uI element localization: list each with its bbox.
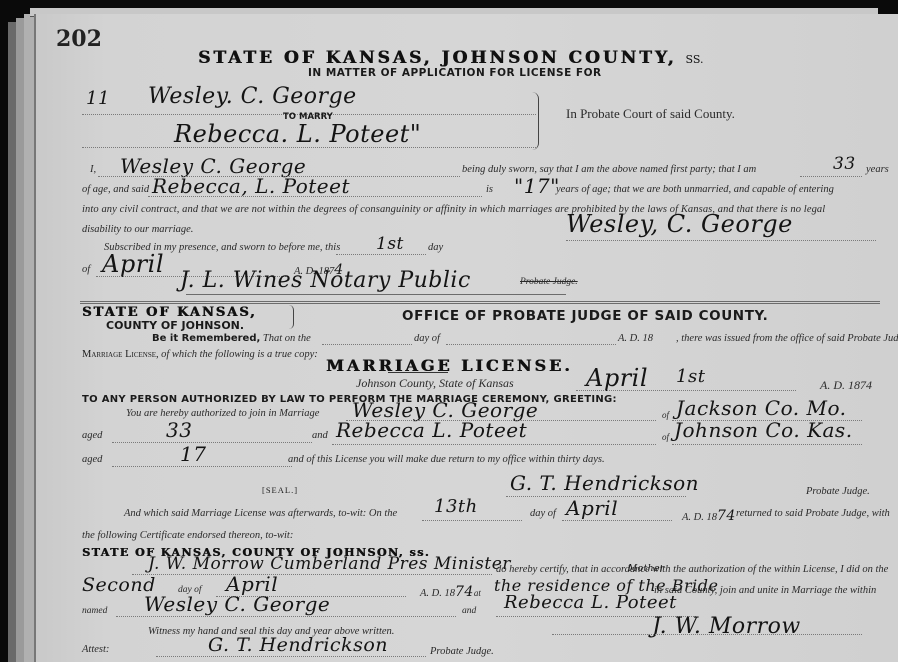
dotted-line: [422, 520, 522, 521]
groom-signature: Wesley, C. George: [566, 210, 793, 238]
officiant-signature: J. W. Morrow: [652, 614, 801, 639]
dotted-line: [82, 147, 536, 148]
ss-label: SS.: [686, 53, 704, 66]
authorized-text: You are hereby authorized to join in Mar…: [126, 408, 319, 419]
affidavit-line2: years of age; that we are both unmarried…: [556, 184, 834, 195]
dotted-line: [562, 520, 672, 521]
affidavit-bride-name: Rebecca, L. Poteet: [152, 174, 350, 198]
return-month: April: [566, 496, 618, 520]
returned-text: returned to said Probate Judge, with: [736, 508, 890, 519]
dotted-line: [336, 254, 426, 255]
dotted-line: [112, 442, 312, 443]
license-bride-name: Rebecca L. Poteet: [336, 418, 527, 442]
of-label: of: [82, 264, 90, 275]
sworn-month: April: [102, 250, 164, 278]
brace: [289, 305, 294, 329]
license-month: April: [586, 364, 648, 392]
day-of-label: day of: [530, 508, 556, 519]
ad-year-digits: 74: [455, 584, 474, 600]
probate-judge-label: Probate Judge.: [430, 646, 494, 657]
named-label: named: [82, 606, 107, 616]
signature-line: [566, 240, 876, 241]
true-copy-text: of which the following is a true copy:: [161, 349, 318, 360]
is-label: is: [486, 184, 493, 195]
license-day: 1st: [676, 366, 705, 387]
ornament-rule: [388, 372, 448, 373]
dotted-line: [132, 574, 492, 575]
ad-label: A. D. 18: [420, 588, 455, 599]
bride-residence: Johnson Co. Kas.: [674, 418, 853, 442]
certificate-bride-name: Rebecca L. Poteet: [504, 592, 677, 613]
certificate-groom-name: Wesley C. George: [144, 592, 330, 616]
ad-year-digits: 74: [717, 508, 736, 524]
be-it-remembered: Be it Remembered,: [152, 333, 260, 344]
dotted-line: [322, 344, 412, 345]
applicant-groom-name: Wesley. C. George: [148, 84, 357, 109]
entry-number: 11: [86, 88, 110, 109]
day-label: day: [428, 242, 443, 253]
court-label: In Probate Court of said County.: [566, 106, 735, 122]
ad-label: A. D. 18: [618, 333, 653, 344]
license-bride-age: 17: [180, 442, 206, 466]
bride-age: "17": [514, 174, 560, 198]
brace: [532, 92, 539, 150]
attest-label: Attest:: [82, 644, 109, 655]
license-title: MARRIAGE LICENSE.: [326, 356, 573, 375]
marriage-license-label: Marriage License,: [82, 349, 159, 360]
sworn-day: 1st: [376, 234, 404, 254]
affidavit-line1: being duly sworn, say that I am the abov…: [462, 164, 756, 175]
office-title: OFFICE OF PROBATE JUDGE OF SAID COUNTY.: [402, 308, 768, 324]
dotted-line: [116, 616, 456, 617]
day-of-label: day of: [414, 333, 440, 344]
dotted-line: [332, 444, 656, 445]
probate-judge-label: Probate Judge.: [806, 486, 870, 497]
attest-judge-signature: G. T. Hendrickson: [208, 634, 388, 656]
return-text: And which said Marriage License was afte…: [124, 508, 397, 519]
dotted-line: [672, 444, 862, 445]
state-label: STATE OF KANSAS,: [82, 305, 257, 320]
dotted-line: [576, 390, 796, 391]
dotted-line: [148, 196, 482, 197]
signature-line: [552, 634, 862, 635]
section-divider: [80, 301, 880, 304]
remembered-text: That on the: [263, 333, 311, 344]
dotted-line: [112, 466, 292, 467]
of-label: of: [662, 410, 669, 420]
return-instructions: and of this License you will make due re…: [288, 454, 605, 465]
license-judge-signature: G. T. Hendrickson: [510, 471, 699, 495]
dotted-line: [446, 344, 616, 345]
license-location: Johnson County, State of Kansas: [356, 376, 514, 391]
issued-text: , there was issued from the office of sa…: [676, 333, 898, 344]
at-label: at: [474, 588, 481, 598]
probate-judge-struck: Probate Judge.: [520, 277, 578, 287]
county-label: COUNTY OF JOHNSON.: [106, 319, 244, 332]
of-label: of: [662, 432, 669, 442]
groom-age: 33: [833, 154, 856, 174]
groom-residence: Jackson Co. Mo.: [676, 396, 847, 420]
in-county-text: in said County, join and unite in Marria…: [654, 585, 876, 596]
dotted-line: [800, 176, 862, 177]
signature-line: [186, 294, 566, 295]
marriage-place-insert: Mother: [628, 564, 665, 574]
and-label: and: [462, 606, 476, 616]
license-year: A. D. 1874: [820, 378, 872, 393]
affidavit-line2-prefix: of age, and said: [82, 184, 149, 195]
aged-label: aged: [82, 454, 102, 465]
certify-text: do hereby certify, that in accordance wi…: [496, 564, 888, 575]
following-text: the following Certificate endorsed there…: [82, 530, 293, 541]
affiant-i-label: I,: [90, 164, 96, 175]
signature-line: [156, 656, 426, 657]
page-number: 202: [56, 26, 102, 52]
register-page: 202 STATE OF KANSAS, JOHNSON COUNTY, SS.…: [34, 14, 898, 662]
application-subheader: IN MATTER OF APPLICATION FOR LICENSE FOR: [308, 67, 602, 79]
affidavit-line4: disability to our marriage.: [82, 224, 193, 235]
officiant-name: J. W. Morrow Cumberland Pres Minister: [148, 554, 511, 574]
applicant-bride-name: Rebecca. L. Poteet": [174, 120, 421, 148]
license-groom-age: 33: [166, 418, 192, 442]
application-header-text: STATE OF KANSAS, JOHNSON COUNTY,: [198, 48, 677, 68]
application-header: STATE OF KANSAS, JOHNSON COUNTY, SS.: [198, 48, 704, 68]
years-label: years: [866, 164, 889, 175]
aged-label: aged: [82, 430, 102, 441]
and-label: and: [312, 430, 328, 441]
return-day: 13th: [434, 496, 478, 517]
seal-label: [SEAL.]: [262, 485, 298, 495]
notary-signature: J. L. Wines Notary Public: [180, 268, 471, 293]
ad-label: A. D. 18: [682, 512, 717, 523]
